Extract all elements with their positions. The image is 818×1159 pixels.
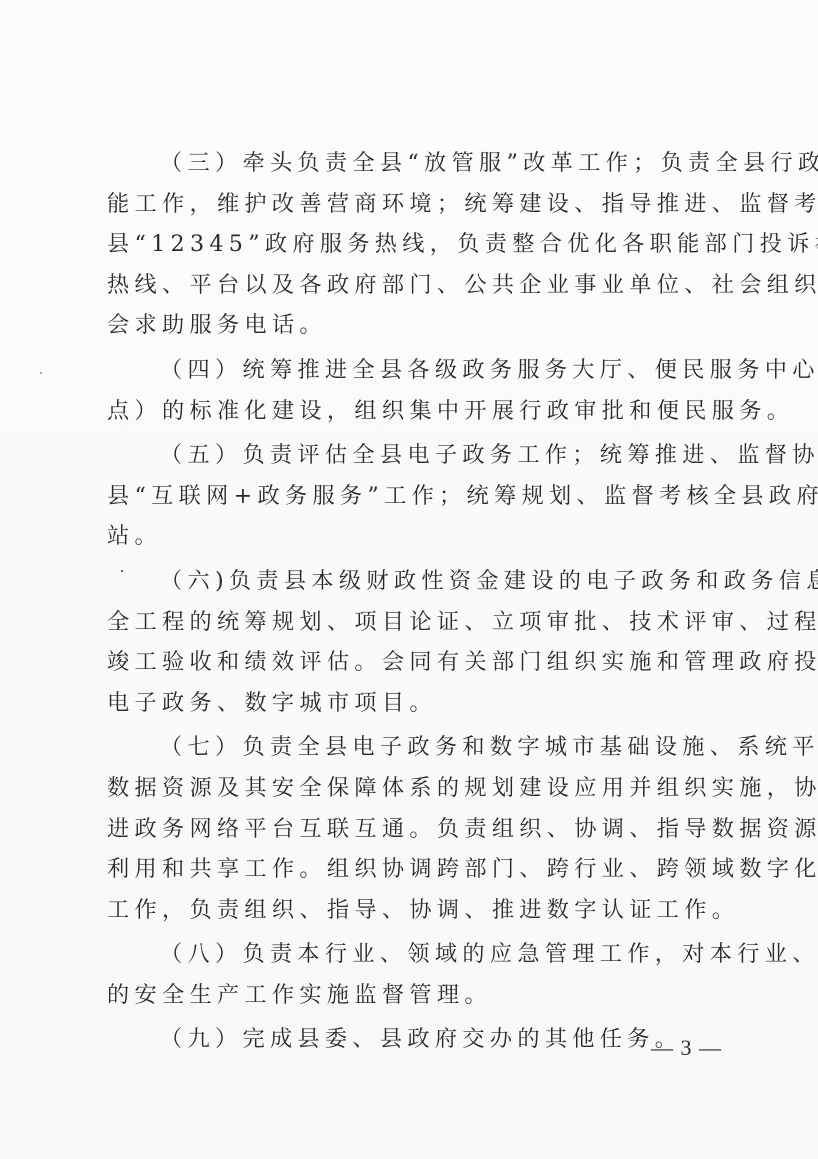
paragraph-line: （八）负责本行业、领域的应急管理工作，对本行业、领域 <box>107 934 719 975</box>
paragraph-line: 县“互联网+政务服务”工作；统筹规划、监督考核全县政府网 <box>107 476 719 517</box>
paragraph-line: 利用和共享工作。组织协调跨部门、跨行业、跨领域数字化应用 <box>107 849 719 890</box>
paragraph-5: （五）负责评估全县电子政务工作；统筹推进、监督协调全 县“互联网+政务服务”工作… <box>107 435 719 557</box>
paragraph-7: （七）负责全县电子政务和数字城市基础设施、系统平台、 数据资源及其安全保障体系的… <box>107 727 719 930</box>
paragraph-line: （九）完成县委、县政府交办的其他任务。 <box>107 1019 719 1060</box>
paragraph-line: 工作，负责组织、指导、协调、推进数字认证工作。 <box>107 890 719 931</box>
paragraph-line: 的安全生产工作实施监督管理。 <box>107 975 719 1016</box>
scan-speck <box>118 626 120 628</box>
paragraph-9: （九）完成县委、县政府交办的其他任务。 <box>107 1019 719 1060</box>
paragraph-line: （七）负责全县电子政务和数字城市基础设施、系统平台、 <box>107 727 719 768</box>
document-body: （三）牵头负责全县“放管服”改革工作；负责全县行政效 能工作，维护改善营商环境；… <box>107 143 719 1064</box>
paragraph-8: （八）负责本行业、领域的应急管理工作，对本行业、领域 的安全生产工作实施监督管理… <box>107 934 719 1015</box>
paragraph-4: （四）统筹推进全县各级政务服务大厅、便民服务中心（站 点）的标准化建设，组织集中… <box>107 350 719 431</box>
paragraph-line: 电子政务、数字城市项目。 <box>107 683 719 724</box>
paragraph-line: 能工作，维护改善营商环境；统筹建设、指导推进、监督考核全 <box>107 184 719 225</box>
scan-speck <box>121 570 123 572</box>
paragraph-line: （六)负责县本级财政性资金建设的电子政务和政务信息安 <box>107 561 719 602</box>
paragraph-line: 县“12345”政府服务热线，负责整合优化各职能部门投诉举报 <box>107 224 719 265</box>
paragraph-line: 站。 <box>107 516 719 557</box>
document-page: （三）牵头负责全县“放管服”改革工作；负责全县行政效 能工作，维护改善营商环境；… <box>0 0 818 1159</box>
paragraph-line: 全工程的统筹规划、项目论证、立项审批、技术评审、过程监管、 <box>107 602 719 643</box>
paragraph-line: 热线、平台以及各政府部门、公共企业事业单位、社会组织的社 <box>107 265 719 306</box>
page-number: — 3 — <box>651 1035 722 1061</box>
paragraph-line: （四）统筹推进全县各级政务服务大厅、便民服务中心（站 <box>107 350 719 391</box>
paragraph-line: 点）的标准化建设，组织集中开展行政审批和便民服务。 <box>107 391 719 432</box>
paragraph-line: 进政务网络平台互联互通。负责组织、协调、指导数据资源开发 <box>107 809 719 850</box>
paragraph-line: 会求助服务电话。 <box>107 305 719 346</box>
paragraph-3: （三）牵头负责全县“放管服”改革工作；负责全县行政效 能工作，维护改善营商环境；… <box>107 143 719 346</box>
scan-speck <box>40 372 42 374</box>
paragraph-line: 数据资源及其安全保障体系的规划建设应用并组织实施，协调推 <box>107 768 719 809</box>
paragraph-line: （三）牵头负责全县“放管服”改革工作；负责全县行政效 <box>107 143 719 184</box>
paragraph-line: （五）负责评估全县电子政务工作；统筹推进、监督协调全 <box>107 435 719 476</box>
paragraph-line: 竣工验收和绩效评估。会同有关部门组织实施和管理政府投资的 <box>107 642 719 683</box>
paragraph-6: （六)负责县本级财政性资金建设的电子政务和政务信息安 全工程的统筹规划、项目论证… <box>107 561 719 723</box>
